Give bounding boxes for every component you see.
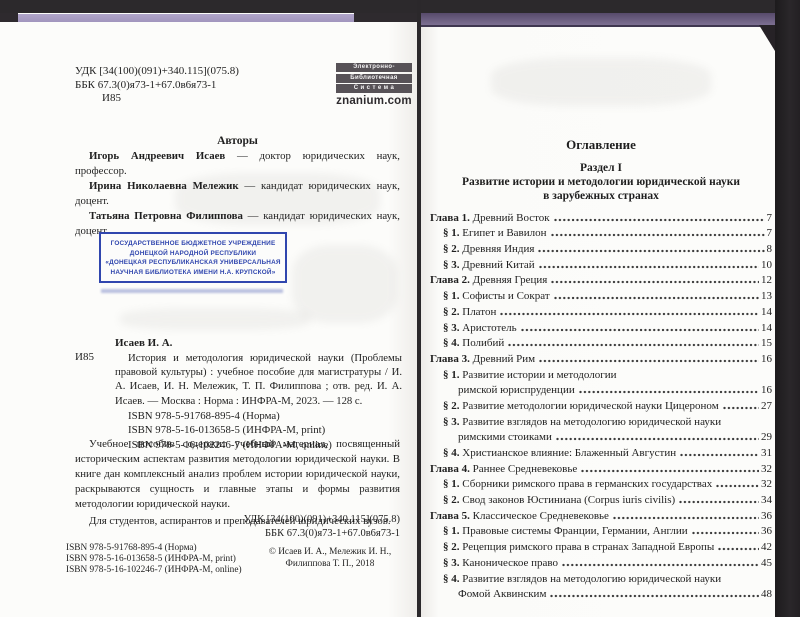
- dot-leader: [550, 594, 759, 598]
- toc-entry-prefix: § 4.: [443, 447, 462, 459]
- scan-shadow: [354, 13, 417, 22]
- toc-entry-prefix: § 2.: [443, 306, 462, 318]
- dot-leader: [613, 516, 759, 520]
- toc-entry: § 2. Свод законов Юстиниана (Corpus iuri…: [430, 490, 772, 506]
- toc-entry-prefix: § 2.: [443, 494, 462, 506]
- toc-page-number: 32: [761, 463, 772, 475]
- toc-entry: § 1. Софисты и Сократ13: [430, 286, 772, 302]
- toc-entry: § 1. Правовые системы Франции, Германии,…: [430, 522, 772, 538]
- imprint-page: УДК [34(100)(091)+340.115](075.8) ББК 67…: [0, 13, 417, 617]
- author-entry: Ирина Николаевна Мележик — кандидат юрид…: [75, 179, 400, 209]
- section-subtitle: Развитие истории и методологии юридическ…: [430, 175, 772, 189]
- stamp-ink-smear: [101, 289, 283, 293]
- toc-entry: § 1. Развитие истории и методологии: [430, 365, 772, 381]
- isbn-line: ISBN 978-5-91768-895-4 (Норма): [66, 543, 242, 554]
- toc-page: Оглавление Раздел I Развитие истории и м…: [421, 13, 775, 617]
- page-top-strip: [18, 14, 354, 22]
- dot-leader: [680, 453, 759, 457]
- toc-entry: § 1. Египет и Вавилон7: [430, 224, 772, 240]
- dot-leader: [679, 500, 759, 504]
- toc-entry-prefix: Глава 1.: [430, 212, 473, 224]
- toc-entry-prefix: Глава 5.: [430, 510, 473, 522]
- dot-leader: [554, 296, 759, 300]
- isbn-line: ISBN 978-5-16-013658-5 (ИНФРА-М, print): [128, 423, 332, 437]
- page-corner-shadow: [759, 25, 775, 51]
- dot-leader: [538, 249, 764, 253]
- library-stamp: ГОСУДАРСТВЕННОЕ БЮДЖЕТНОЕ УЧРЕЖДЕНИЕДОНЕ…: [99, 232, 287, 283]
- toc-entry-label: Глава 1. Древний Восток: [430, 212, 550, 224]
- toc-entry: § 1. Сборники римского права в германски…: [430, 475, 772, 491]
- toc-page-number: 34: [761, 494, 772, 506]
- toc-page-number: 7: [767, 227, 773, 239]
- toc-entry-label: § 1. Развитие истории и методологии: [443, 369, 617, 381]
- dot-leader: [692, 531, 759, 535]
- dot-leader: [551, 233, 765, 237]
- toc-entry: § 3. Развитие взглядов на методологию юр…: [430, 412, 772, 428]
- toc-entry: § 2. Платон14: [430, 302, 772, 318]
- dot-leader: [556, 437, 759, 441]
- toc-page-number: 36: [761, 525, 772, 537]
- toc-page-number: 31: [761, 447, 772, 459]
- toc-entry-prefix: § 3.: [443, 322, 462, 334]
- section-title: Раздел I: [430, 161, 772, 175]
- logo-bar: Электронно-: [336, 63, 412, 72]
- biblio-author: Исаев И. А.: [115, 337, 172, 349]
- copyright-notice: © Исаев И. А., Мележик И. Н., Филиппова …: [255, 547, 405, 570]
- scan-right-border: [775, 0, 800, 617]
- toc-entry: § 3. Каноническое право45: [430, 553, 772, 569]
- toc-list: Глава 1. Древний Восток7§ 1. Египет и Ва…: [430, 208, 772, 600]
- copyright-line: Филиппова Т. П., 2018: [255, 559, 405, 571]
- biblio-description: История и методология юридической науки …: [115, 351, 402, 408]
- library-stamp-lines: ГОСУДАРСТВЕННОЕ БЮДЖЕТНОЕ УЧРЕЖДЕНИЕДОНЕ…: [104, 239, 282, 277]
- dot-leader: [554, 218, 765, 222]
- toc-entry-label: § 2. Свод законов Юстиниана (Corpus iuri…: [443, 494, 675, 506]
- toc-entry-prefix: Глава 3.: [430, 353, 473, 365]
- toc-entry-label: § 2. Древняя Индия: [443, 243, 534, 255]
- toc-entry-prefix: § 1.: [443, 227, 462, 239]
- toc-title: Оглавление: [430, 137, 772, 153]
- page-top-strip: [421, 13, 775, 27]
- isbn-block-bottom: ISBN 978-5-91768-895-4 (Норма)ISBN 978-5…: [66, 543, 242, 577]
- isbn-line: ISBN 978-5-16-013658-5 (ИНФРА-М, print): [66, 554, 242, 565]
- toc-entry-continuation: римскими стоиками29: [430, 428, 772, 444]
- classification-codes-bottom: УДК [34(100)(091)+340.115](075.8) ББК 67…: [75, 513, 400, 541]
- toc-entry-label: § 2. Развитие методологии юридической на…: [443, 400, 719, 412]
- toc-entry-continuation: римской юриспруденции16: [430, 381, 772, 397]
- toc-entry-label: Глава 2. Древняя Греция: [430, 274, 547, 286]
- toc-entry-label: § 1. Египет и Вавилон: [443, 227, 547, 239]
- toc-entry-prefix: § 4.: [443, 573, 462, 585]
- toc-page-number: 36: [761, 510, 772, 522]
- znanium-logo: Электронно-БиблиотечнаяС и с т е м а zna…: [336, 63, 412, 107]
- stamp-line: «ДОНЕЦКАЯ РЕСПУБЛИКАНСКАЯ УНИВЕРСАЛЬНАЯ: [104, 258, 282, 268]
- author-name: Татьяна Петровна Филиппова: [89, 210, 243, 222]
- logo-bar: Библиотечная: [336, 74, 412, 83]
- toc-entry-prefix: § 3.: [443, 416, 462, 428]
- toc-entry-label: § 4. Христианское влияние: Блаженный Авг…: [443, 447, 676, 459]
- toc-entry-label: § 2. Платон: [443, 306, 496, 318]
- dot-leader: [539, 265, 759, 269]
- bbk-code: ББК 67.3(0)я73-1+67.0в6я73-1: [75, 79, 239, 93]
- stamp-line: ДОНЕЦКОЙ НАРОДНОЙ РЕСПУБЛИКИ: [104, 249, 282, 259]
- dot-leader: [579, 390, 759, 394]
- toc-page-number: 13: [761, 290, 772, 302]
- toc-entry-prefix: § 3.: [443, 557, 462, 569]
- bbk-code-bottom: ББК 67.3(0)я73-1+67.0в6я73-1: [75, 527, 400, 541]
- authors-list: Игорь Андреевич Исаев — доктор юридическ…: [75, 149, 400, 239]
- toc-entry-prefix: § 3.: [443, 259, 462, 271]
- dot-leader: [723, 406, 759, 410]
- stamp-line: НАУЧНАЯ БИБЛИОТЕКА ИМЕНИ Н.А. КРУПСКОЙ»: [104, 268, 282, 278]
- znanium-domain: znanium.com: [336, 95, 412, 107]
- toc-page-number: 12: [761, 274, 772, 286]
- toc-entry: Глава 3. Древний Рим16: [430, 349, 772, 365]
- toc-page-number: 32: [761, 478, 772, 490]
- toc-entry-prefix: § 1.: [443, 478, 462, 490]
- toc-entry-label: § 3. Аристотель: [443, 322, 517, 334]
- toc-entry: § 3. Древний Китай10: [430, 255, 772, 271]
- toc-entry-prefix: § 2.: [443, 541, 462, 553]
- toc-entry-label: Глава 4. Раннее Средневековье: [430, 463, 577, 475]
- udk-code-bottom: УДК [34(100)(091)+340.115](075.8): [75, 513, 400, 527]
- toc-page-number: 16: [761, 384, 772, 396]
- scan-top-border: [0, 0, 800, 13]
- toc-entry: Глава 2. Древняя Греция12: [430, 271, 772, 287]
- dot-leader: [716, 484, 759, 488]
- dot-leader: [581, 469, 759, 473]
- toc-page-number: 7: [767, 212, 773, 224]
- toc-entry-prefix: § 2.: [443, 243, 462, 255]
- toc-entry-prefix: § 4.: [443, 337, 462, 349]
- toc-page-number: 27: [761, 400, 772, 412]
- toc-page-number: 16: [761, 353, 772, 365]
- toc-entry-label: § 4. Развитие взглядов на методологию юр…: [443, 573, 721, 585]
- bleed-through-smudge: [292, 245, 397, 323]
- toc-entry-label: римскими стоиками: [458, 431, 552, 443]
- author-name: Игорь Андреевич Исаев: [89, 150, 225, 162]
- znanium-logo-bars: Электронно-БиблиотечнаяС и с т е м а: [336, 63, 412, 93]
- toc-entry-label: § 1. Правовые системы Франции, Германии,…: [443, 525, 688, 537]
- toc-entry-label: § 3. Развитие взглядов на методологию юр…: [443, 416, 721, 428]
- scan-shadow: [0, 13, 18, 22]
- toc-page-number: 14: [761, 306, 772, 318]
- book-scan: УДК [34(100)(091)+340.115](075.8) ББК 67…: [0, 0, 800, 617]
- toc-entry-label: § 1. Софисты и Сократ: [443, 290, 550, 302]
- toc-entry-label: § 2. Рецепция римского права в странах З…: [443, 541, 714, 553]
- logo-bar: С и с т е м а: [336, 84, 412, 93]
- section-subtitle: в зарубежных странах: [430, 189, 772, 203]
- bleed-through-smudge: [120, 308, 310, 330]
- toc-entry-label: Фомой Аквинским: [458, 588, 546, 600]
- toc-entry: § 3. Аристотель14: [430, 318, 772, 334]
- isbn-line: ISBN 978-5-91768-895-4 (Норма): [128, 409, 332, 423]
- toc-entry-prefix: Глава 2.: [430, 274, 473, 286]
- toc-entry: Глава 1. Древний Восток7: [430, 208, 772, 224]
- toc-entry-label: римской юриспруденции: [458, 384, 575, 396]
- toc-entry: § 2. Древняя Индия8: [430, 239, 772, 255]
- author-entry: Игорь Андреевич Исаев — доктор юридическ…: [75, 149, 400, 179]
- toc-entry-label: § 4. Полибий: [443, 337, 504, 349]
- dot-leader: [551, 280, 759, 284]
- annotation-paragraph: Учебное пособие содержит учебный материа…: [75, 437, 400, 512]
- toc-entry-label: § 1. Сборники римского права в германски…: [443, 478, 712, 490]
- dot-leader: [508, 343, 759, 347]
- toc-entry-prefix: § 1.: [443, 525, 462, 537]
- toc-page-number: 48: [761, 588, 772, 600]
- toc-entry: § 2. Развитие методологии юридической на…: [430, 396, 772, 412]
- author-name: Ирина Николаевна Мележик: [89, 180, 239, 192]
- toc-entry-prefix: § 1.: [443, 369, 462, 381]
- toc-entry-prefix: § 1.: [443, 290, 462, 302]
- authors-heading: Авторы: [75, 135, 400, 147]
- author-sign-code: И85: [75, 92, 239, 106]
- toc-entry-continuation: Фомой Аквинским48: [430, 585, 772, 601]
- toc-page-number: 8: [767, 243, 773, 255]
- biblio-code: И85: [75, 351, 94, 363]
- toc-page-number: 29: [761, 431, 772, 443]
- toc-page-number: 10: [761, 259, 772, 271]
- toc-entry: Глава 4. Раннее Средневековье32: [430, 459, 772, 475]
- toc-entry-prefix: Глава 4.: [430, 463, 473, 475]
- toc-entry-label: § 3. Древний Китай: [443, 259, 535, 271]
- toc-page-number: 45: [761, 557, 772, 569]
- dot-leader: [718, 547, 759, 551]
- toc-page-number: 42: [761, 541, 772, 553]
- toc-entry-label: Глава 5. Классическое Средневековье: [430, 510, 609, 522]
- toc-page-number: 14: [761, 322, 772, 334]
- dot-leader: [539, 359, 759, 363]
- toc-entry-label: § 3. Каноническое право: [443, 557, 558, 569]
- toc-entry: § 4. Развитие взглядов на методологию юр…: [430, 569, 772, 585]
- toc-entry: § 4. Христианское влияние: Блаженный Авг…: [430, 443, 772, 459]
- bleed-through-smudge: [491, 58, 711, 106]
- copyright-line: © Исаев И. А., Мележик И. Н.,: [255, 547, 405, 559]
- page-gutter: [417, 0, 421, 617]
- isbn-line: ISBN 978-5-16-102246-7 (ИНФРА-М, online): [66, 565, 242, 576]
- toc-entry: § 2. Рецепция римского права в странах З…: [430, 537, 772, 553]
- toc-entry-prefix: § 2.: [443, 400, 462, 412]
- toc-entry: Глава 5. Классическое Средневековье36: [430, 506, 772, 522]
- dot-leader: [562, 563, 759, 567]
- toc-entry-label: Глава 3. Древний Рим: [430, 353, 535, 365]
- dot-leader: [521, 328, 759, 332]
- section-heading: Раздел I Развитие истории и методологии …: [430, 161, 772, 203]
- toc-entry: § 4. Полибий15: [430, 334, 772, 350]
- toc-page-number: 15: [761, 337, 772, 349]
- udk-code: УДК [34(100)(091)+340.115](075.8): [75, 65, 239, 79]
- classification-codes: УДК [34(100)(091)+340.115](075.8) ББК 67…: [75, 65, 239, 106]
- dot-leader: [500, 312, 759, 316]
- stamp-line: ГОСУДАРСТВЕННОЕ БЮДЖЕТНОЕ УЧРЕЖДЕНИЕ: [104, 239, 282, 249]
